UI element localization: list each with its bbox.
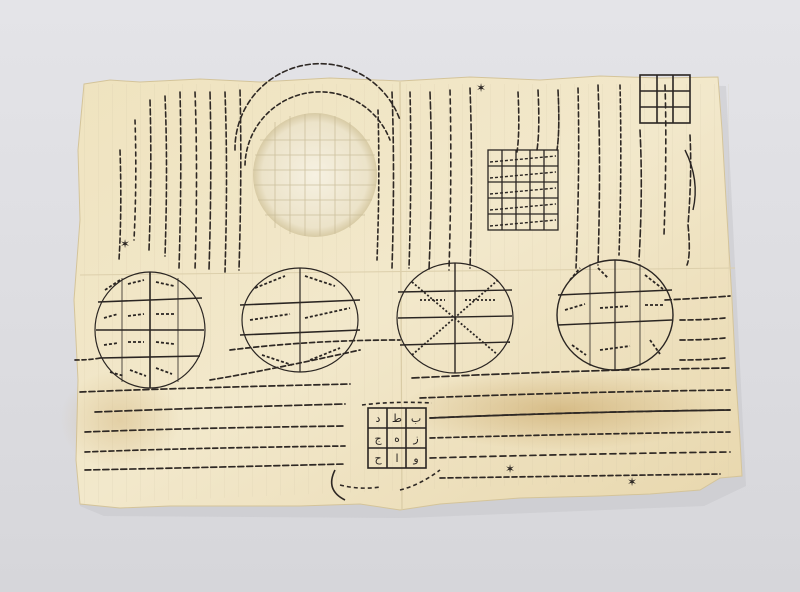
manuscript-photo: ب ط د ز ه ج و ا ح ✶ ✶ ✶ ✶ [0, 0, 800, 592]
photo-stage: ب ط د ز ه ج و ا ح ✶ ✶ ✶ ✶ Handwritten Ar… [0, 0, 800, 592]
embossed-seal [253, 113, 377, 237]
svg-text:ب: ب [411, 412, 421, 425]
star-icon: ✶ [120, 237, 130, 251]
svg-text:ط: ط [392, 412, 402, 425]
svg-text:ا: ا [395, 452, 398, 465]
svg-text:د: د [376, 412, 381, 425]
star-icon: ✶ [505, 462, 515, 476]
svg-text:ح: ح [374, 452, 382, 465]
svg-text:ه: ه [394, 432, 400, 445]
svg-text:ج: ج [374, 432, 382, 445]
circle-grid-1 [95, 272, 205, 388]
svg-text:و: و [412, 452, 418, 465]
star-icon: ✶ [627, 475, 637, 489]
svg-text:ز: ز [412, 432, 418, 445]
star-icon: ✶ [476, 81, 486, 95]
